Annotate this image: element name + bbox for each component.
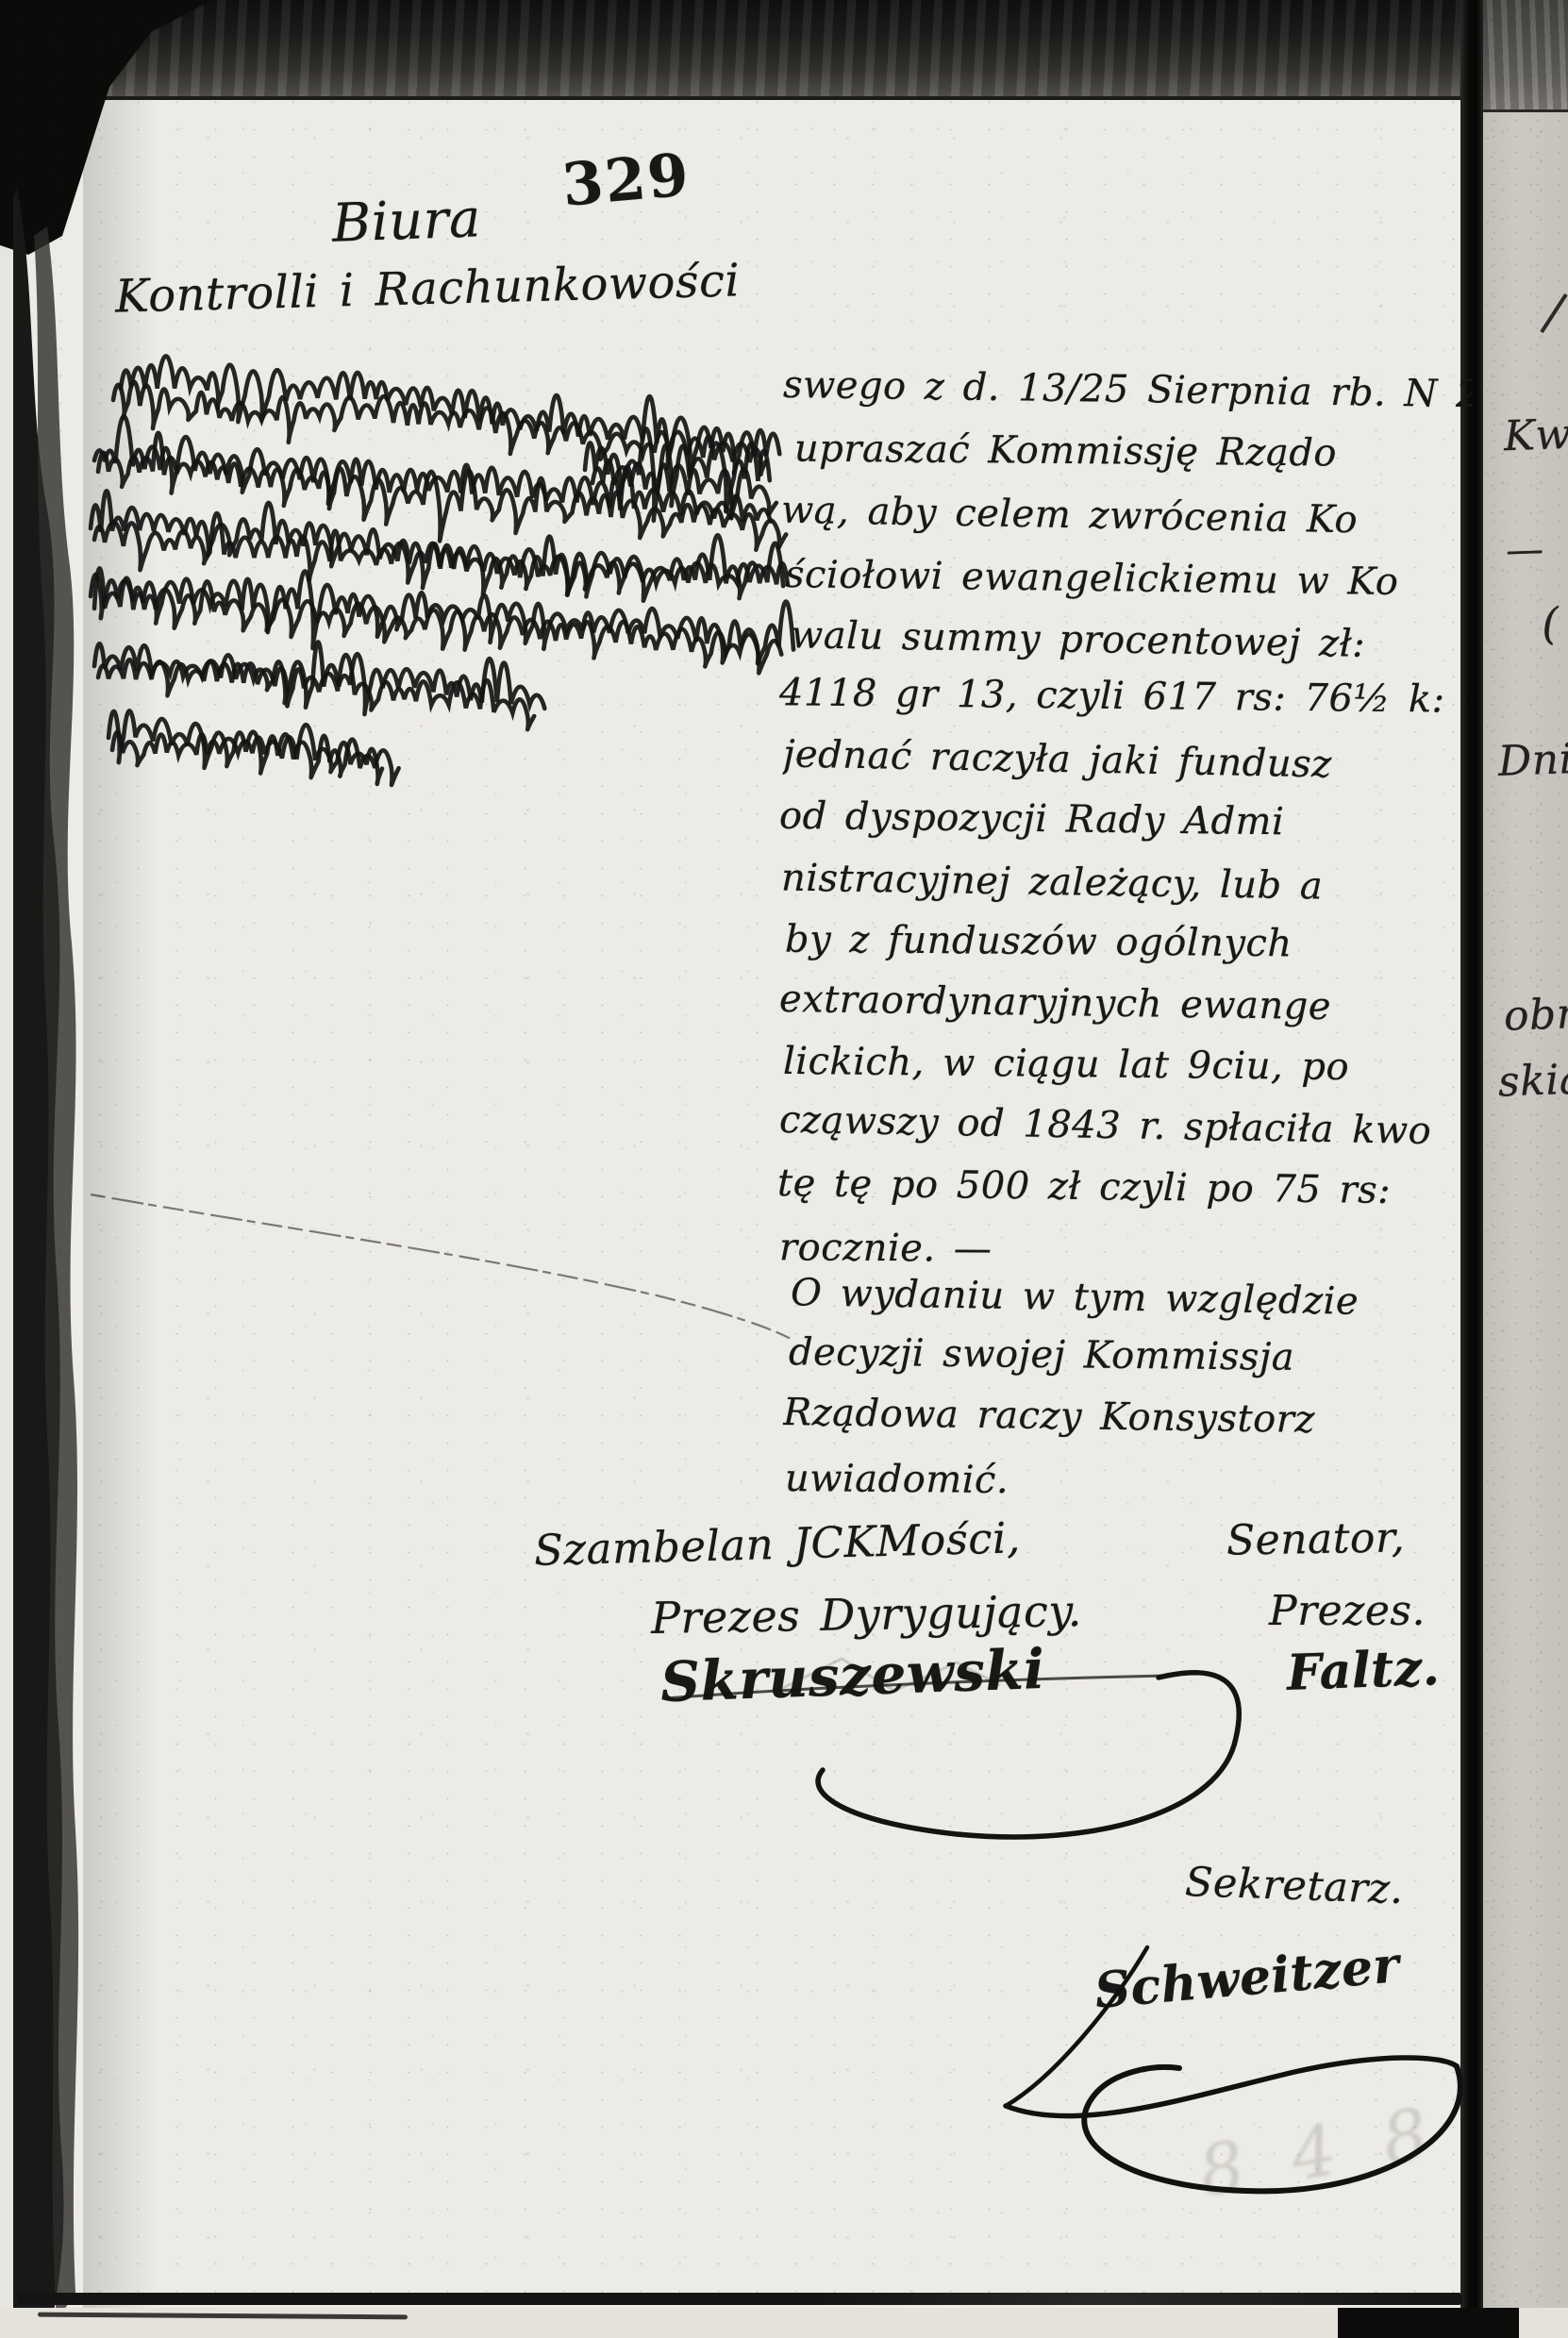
secretary-flourish-sweep — [1006, 2058, 1457, 2116]
secretary-flourish-oval — [1084, 2066, 1460, 2191]
margin-fragment: skią — [1497, 1055, 1568, 1106]
margin-fragment: — — [1505, 527, 1544, 572]
margin-fragment: Dnia — [1497, 734, 1568, 786]
page-bottom-edge-line — [17, 2293, 1462, 2305]
document-scan: { "document": { "page_number": "329", "o… — [0, 0, 1568, 2338]
margin-fragment: Kw — [1503, 410, 1568, 460]
margin-fragment: ( — [1541, 598, 1560, 650]
signature-flourishes — [0, 0, 1568, 2338]
bottom-dark-notch — [1338, 2308, 1519, 2338]
margin-fragment: obra — [1503, 989, 1568, 1041]
secretary-flourish-tail — [1006, 1947, 1147, 2106]
president-signature-strike — [666, 1676, 1166, 1698]
president-signature-flourish — [818, 1673, 1239, 1837]
